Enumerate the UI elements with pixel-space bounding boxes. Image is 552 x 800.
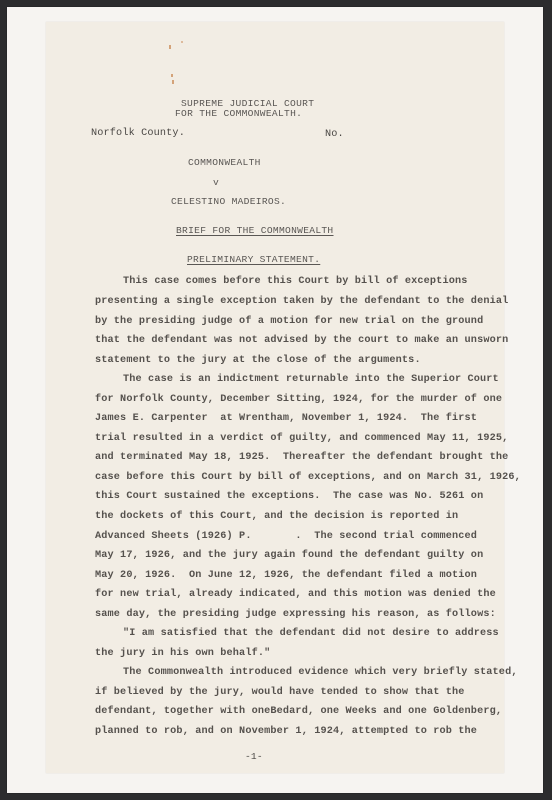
body-line: and terminated May 18, 1925. Thereafter … xyxy=(95,452,508,464)
rust-mark xyxy=(171,74,173,77)
body-line: for new trial, already indicated, and th… xyxy=(95,589,496,601)
body-line: James E. Carpenter at Wrentham, November… xyxy=(95,413,477,425)
body-line: Advanced Sheets (1926) P. . The second t… xyxy=(95,531,477,543)
body-line: The Commonwealth introduced evidence whi… xyxy=(123,667,518,679)
body-line: if believed by the jury, would have tend… xyxy=(95,687,465,699)
body-line: by the presiding judge of a motion for n… xyxy=(95,316,483,328)
body-line: that the defendant was not advised by th… xyxy=(95,335,508,347)
body-line: May 17, 1926, and the jury again found t… xyxy=(95,550,483,562)
body-line: This case comes before this Court by bil… xyxy=(123,276,468,288)
body-line: defendant, together with oneBedard, one … xyxy=(95,706,502,718)
page-number: -1- xyxy=(245,751,263,763)
body-line: May 20, 1926. On June 12, 1926, the defe… xyxy=(95,570,477,582)
rust-mark xyxy=(169,45,171,49)
brief-title: BRIEF FOR THE COMMONWEALTH xyxy=(176,225,334,237)
body-line: statement to the jury at the close of th… xyxy=(95,355,421,367)
body-line: the dockets of this Court, and the decis… xyxy=(95,511,458,523)
body-line: this Court sustained the exceptions. The… xyxy=(95,491,483,503)
body-line: trial resulted in a verdict of guilty, a… xyxy=(95,433,508,445)
county-label: Norfolk County. xyxy=(91,128,185,140)
caption-versus: v xyxy=(213,177,219,189)
body-line: "I am satisfied that the defendant did n… xyxy=(123,628,499,640)
docket-number-label: No. xyxy=(325,129,344,141)
body-line: The case is an indictment returnable int… xyxy=(123,374,499,386)
body-line: planned to rob, and on November 1, 1924,… xyxy=(95,726,477,738)
body-line: for Norfolk County, December Sitting, 19… xyxy=(95,394,502,406)
section-heading: PRELIMINARY STATEMENT. xyxy=(187,254,320,266)
rust-mark xyxy=(172,80,174,84)
caption-defendant: CELESTINO MADEIROS. xyxy=(171,196,286,208)
court-header-line-2: FOR THE COMMONWEALTH. xyxy=(175,108,302,120)
body-line: presenting a single exception taken by t… xyxy=(95,296,508,308)
body-line: the jury in his own behalf." xyxy=(95,648,270,660)
rust-mark xyxy=(181,41,183,43)
caption-plaintiff: COMMONWEALTH xyxy=(188,157,261,169)
body-line: same day, the presiding judge expressing… xyxy=(95,609,496,621)
body-line: case before this Court by bill of except… xyxy=(95,472,521,484)
